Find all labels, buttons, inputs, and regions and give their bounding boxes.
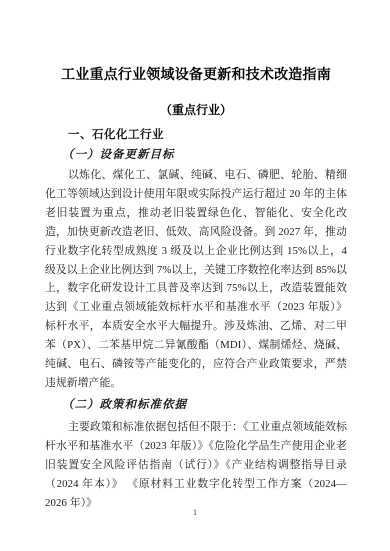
subsection-heading-policy-standards-basis: （二）政策和标准依据 [45,398,347,413]
document-subtitle: （重点行业） [45,103,347,118]
page-number: 1 [0,508,390,518]
document-content: 工业重点行业领域设备更新和技术改造指南 （重点行业） 一、石化化工行业 （一）设… [45,66,347,512]
paragraph-policy-standards-basis: 主要政策和标准依据包括但不限于：《工业重点领域能效标杆水平和基准水平（2023 … [45,418,347,513]
subsection-heading-equipment-renewal-goals: （一）设备更新目标 [45,148,347,163]
section-heading-petrochemical: 一、石化化工行业 [45,128,347,143]
paragraph-equipment-renewal-goals: 以炼化、煤化工、氯碱、纯碱、电石、磷肥、轮胎、精细化工等领域达到设计使用年限或实… [45,166,347,393]
document-page: 工业重点行业领域设备更新和技术改造指南 （重点行业） 一、石化化工行业 （一）设… [0,0,390,551]
document-title: 工业重点行业领域设备更新和技术改造指南 [45,66,347,86]
